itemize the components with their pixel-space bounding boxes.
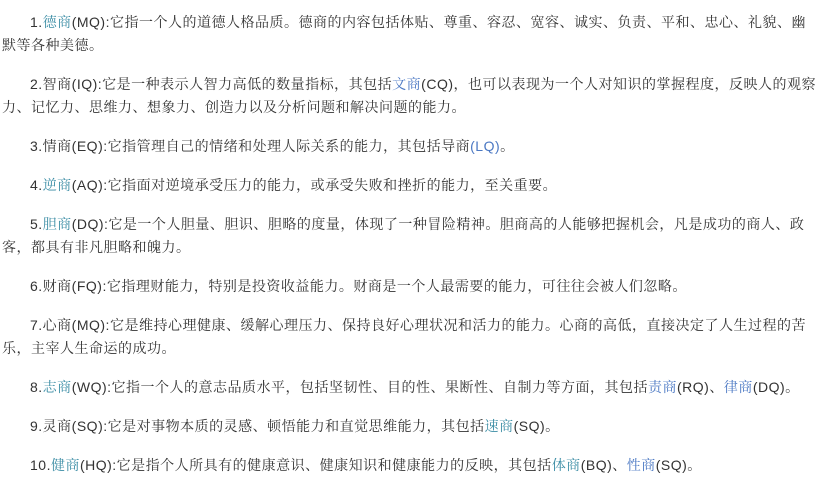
text-segment: (DQ)。: [753, 379, 800, 395]
text-segment: 7.心商(MQ):它是维持心理健康、缓解心理压力、保持良好心理状况和活力的能力。…: [2, 317, 806, 356]
paragraph: 4.逆商(AQ):它指面对逆境承受压力的能力，或承受失败和挫折的能力，至关重要。: [2, 174, 820, 197]
text-segment: (DQ):它是一个人胆量、胆识、胆略的度量，体现了一种冒险精神。胆商高的人能够把…: [2, 216, 804, 255]
paragraph: 3.情商(EQ):它指管理自己的情绪和处理人际关系的能力，其包括导商(LQ)。: [2, 135, 820, 158]
link-lvshang-dq[interactable]: 律商: [724, 379, 753, 395]
link-deshang-mq[interactable]: 德商: [43, 14, 72, 30]
paragraph: 2.智商(IQ):它是一种表示人智力高低的数量指标，其包括文商(CQ)，也可以表…: [2, 73, 820, 119]
text-segment: 10.: [30, 457, 51, 473]
paragraph: 10.健商(HQ):它是指个人所具有的健康意识、健康知识和健康能力的反映，其包括…: [2, 454, 820, 477]
text-segment: (MQ):它指一个人的道德人格品质。德商的内容包括体贴、尊重、容忍、宽容、诚实、…: [2, 14, 806, 53]
text-segment: (HQ):它是指个人所具有的健康意识、健康知识和健康能力的反映，其包括: [80, 457, 552, 473]
text-segment: 3.情商(EQ):它指管理自己的情绪和处理人际关系的能力，其包括导商: [30, 138, 470, 154]
paragraph: 5.胆商(DQ):它是一个人胆量、胆识、胆略的度量，体现了一种冒险精神。胆商高的…: [2, 213, 820, 259]
text-segment: (WQ):它指一个人的意志品质水平，包括坚韧性、目的性、果断性、自制力等方面，其…: [72, 379, 648, 395]
text-segment: 2.智商(IQ):它是一种表示人智力高低的数量指标，其包括: [30, 76, 392, 92]
text-segment: 5.: [30, 216, 43, 232]
text-segment: (RQ)、: [677, 379, 724, 395]
link-daoshang-lq[interactable]: (LQ): [470, 138, 500, 154]
link-sushang-sq[interactable]: 速商: [485, 418, 514, 434]
text-segment: 9.灵商(SQ):它是对事物本质的灵感、顿悟能力和直觉思维能力，其包括: [30, 418, 485, 434]
link-zhishang-wq[interactable]: 志商: [43, 379, 72, 395]
text-segment: (AQ):它指面对逆境承受压力的能力，或承受失败和挫折的能力，至关重要。: [72, 177, 557, 193]
paragraph: 6.财商(FQ):它指理财能力，特别是投资收益能力。财商是一个人最需要的能力，可…: [2, 275, 820, 298]
paragraph: 7.心商(MQ):它是维持心理健康、缓解心理压力、保持良好心理状况和活力的能力。…: [2, 314, 820, 360]
paragraph: 9.灵商(SQ):它是对事物本质的灵感、顿悟能力和直觉思维能力，其包括速商(SQ…: [2, 415, 820, 438]
text-segment: (BQ)、: [581, 457, 627, 473]
link-xingshang-sq[interactable]: 性商: [627, 457, 656, 473]
text-segment: 1.: [30, 14, 43, 30]
text-segment: (SQ)。: [514, 418, 560, 434]
article-body: 1.德商(MQ):它指一个人的道德人格品质。德商的内容包括体贴、尊重、容忍、宽容…: [0, 0, 826, 477]
text-segment: 4.: [30, 177, 43, 193]
link-jianshang-hq[interactable]: 健商: [51, 457, 80, 473]
link-wenshang-cq[interactable]: 文商: [392, 76, 421, 92]
link-zeshang-rq[interactable]: 责商: [648, 379, 677, 395]
paragraph: 1.德商(MQ):它指一个人的道德人格品质。德商的内容包括体贴、尊重、容忍、宽容…: [2, 11, 820, 57]
text-segment: (SQ)。: [656, 457, 702, 473]
paragraph: 8.志商(WQ):它指一个人的意志品质水平，包括坚韧性、目的性、果断性、自制力等…: [2, 376, 820, 399]
link-danshang-dq[interactable]: 胆商: [43, 216, 72, 232]
text-segment: 6.财商(FQ):它指理财能力，特别是投资收益能力。财商是一个人最需要的能力，可…: [30, 278, 687, 294]
link-nishang-aq[interactable]: 逆商: [43, 177, 72, 193]
link-tishang-bq[interactable]: 体商: [552, 457, 581, 473]
text-segment: 8.: [30, 379, 43, 395]
text-segment: 。: [500, 138, 515, 154]
